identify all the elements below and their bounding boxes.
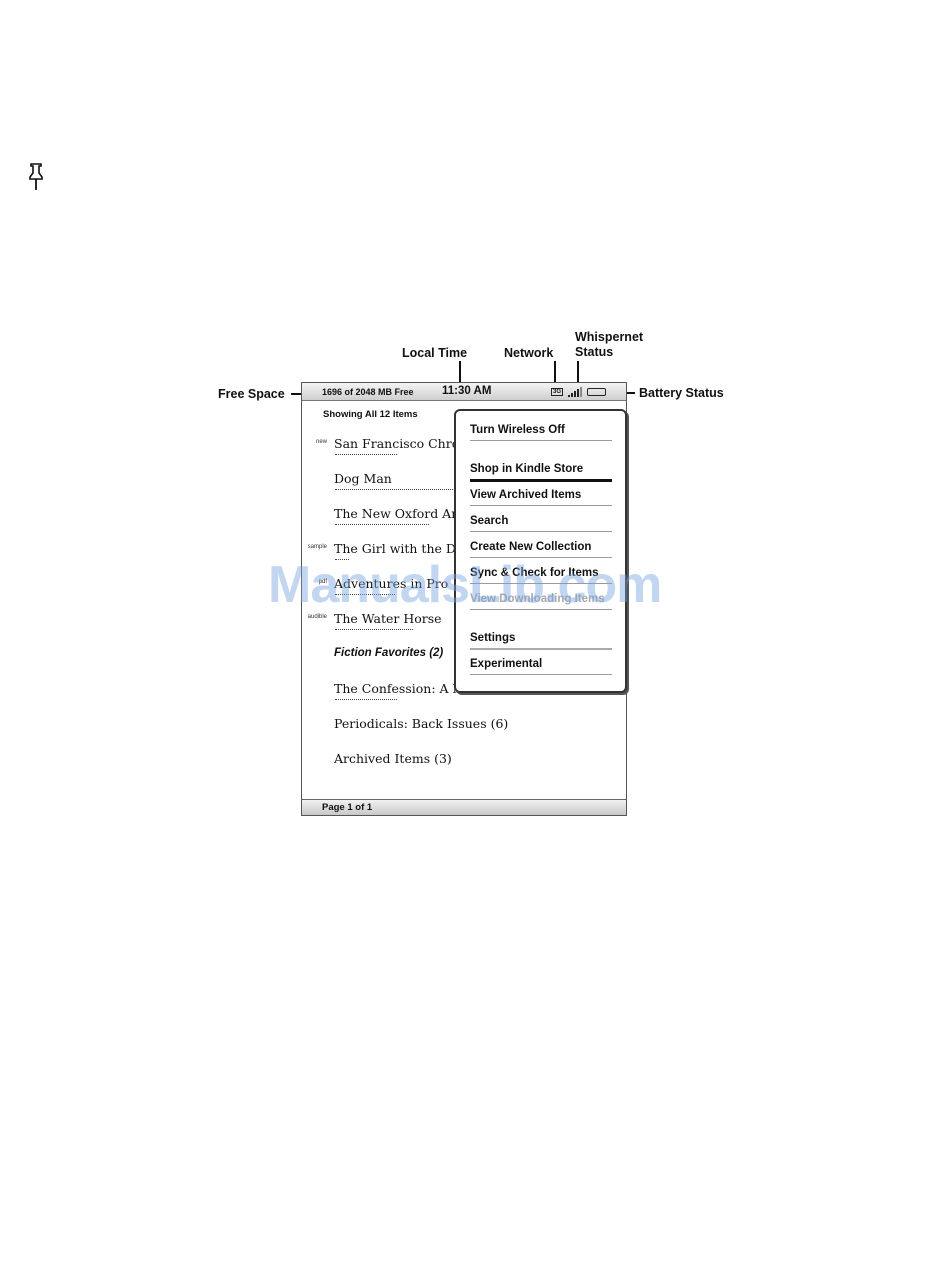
menu-item-view-archived[interactable]: View Archived Items — [470, 489, 612, 506]
menu-item-experimental[interactable]: Experimental — [470, 658, 612, 675]
showing-items-label: Showing All 12 Items — [323, 409, 418, 420]
menu-item-sync-check[interactable]: Sync & Check for Items — [470, 567, 612, 584]
callout-whispernet-line1: Whispernet — [575, 330, 643, 345]
callout-local-time: Local Time — [402, 346, 467, 361]
callout-network: Network — [504, 346, 553, 361]
item-title: The New Oxford Am — [334, 506, 463, 521]
callout-battery-status: Battery Status — [639, 386, 724, 401]
item-title: The Water Horse — [334, 611, 442, 626]
pushpin-icon — [28, 163, 44, 191]
page-bar: Page 1 of 1 — [302, 799, 626, 815]
item-title: The Confession: A N — [334, 681, 463, 696]
page-indicator: Page 1 of 1 — [322, 802, 372, 813]
item-tag: sample — [308, 544, 327, 550]
signal-bars-icon — [568, 386, 582, 397]
menu-popup: Turn Wireless Off Shop in Kindle Store V… — [454, 409, 627, 693]
progress-dots — [335, 698, 397, 700]
progress-dots — [335, 558, 349, 560]
callout-whispernet: Whispernet Status — [575, 330, 643, 360]
item-title: Adventures in Pro — [334, 576, 448, 591]
collection-title: Fiction Favorites (2) — [334, 647, 443, 659]
menu-item-create-collection[interactable]: Create New Collection — [470, 541, 612, 558]
local-time-readout: 11:30 AM — [442, 385, 491, 397]
callout-whispernet-line2: Status — [575, 345, 643, 360]
item-title: Periodicals: Back Issues (6) — [334, 716, 508, 731]
progress-dots — [335, 523, 429, 525]
progress-dots — [335, 488, 455, 490]
menu-item-turn-wireless-off[interactable]: Turn Wireless Off — [470, 424, 612, 441]
network-3g-icon: 3G — [551, 388, 563, 396]
progress-dots — [335, 593, 395, 595]
item-tag: new — [316, 439, 327, 445]
list-item-archived[interactable]: Archived Items (3) — [302, 751, 626, 786]
progress-dots — [335, 628, 413, 630]
battery-icon — [587, 388, 606, 396]
item-title: The Girl with the Dr — [334, 541, 462, 556]
item-title: Archived Items (3) — [334, 751, 452, 766]
free-space-readout: 1696 of 2048 MB Free — [322, 387, 414, 397]
item-title: San Francisco Chron — [334, 436, 467, 451]
menu-item-shop-kindle-store[interactable]: Shop in Kindle Store — [470, 463, 612, 482]
menu-item-view-downloading: View Downloading Items — [470, 593, 612, 610]
item-tag: pdf — [319, 579, 327, 585]
status-bar: 1696 of 2048 MB Free 11:30 AM 3G — [302, 383, 626, 401]
item-title: Dog Man — [334, 471, 392, 486]
callout-free-space: Free Space — [218, 387, 285, 402]
menu-item-settings[interactable]: Settings — [470, 632, 612, 650]
progress-dots — [335, 453, 397, 455]
list-item-periodicals[interactable]: Periodicals: Back Issues (6) — [302, 716, 626, 751]
item-tag: audible — [308, 614, 327, 620]
menu-item-search[interactable]: Search — [470, 515, 612, 532]
